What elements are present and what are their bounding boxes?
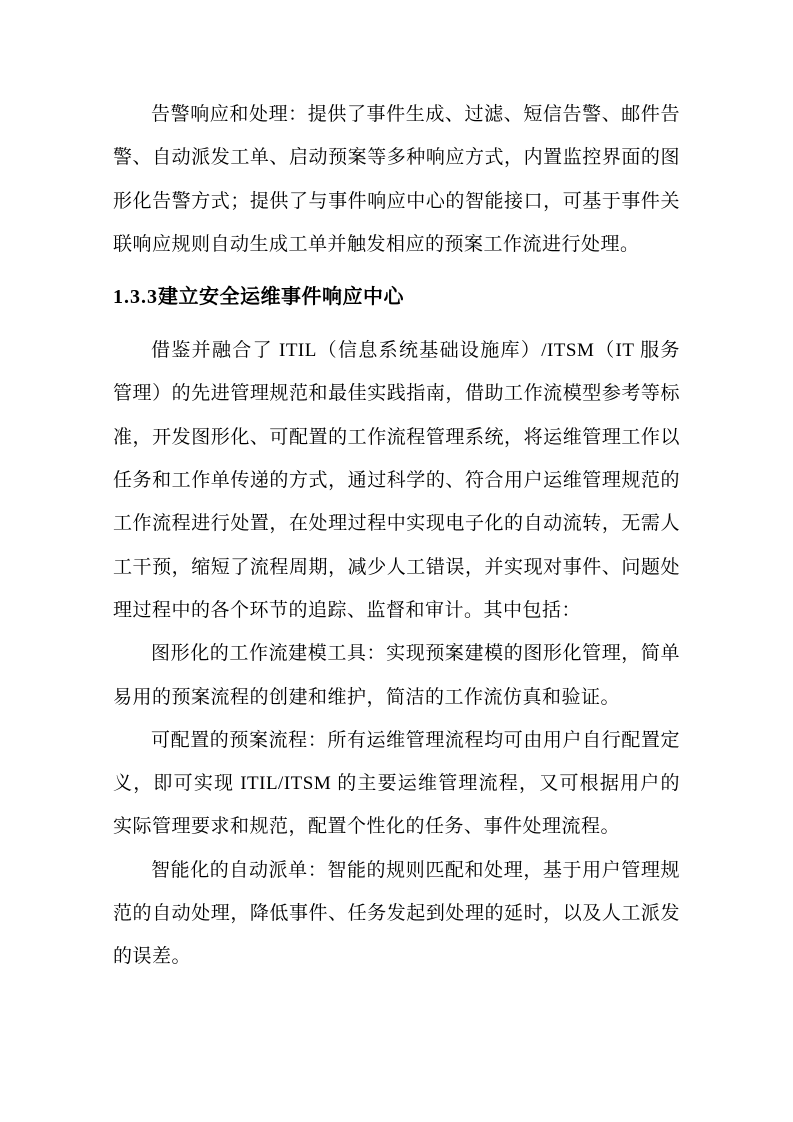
paragraph-graphical-workflow-tool: 图形化的工作流建模工具：实现预案建模的图形化管理，简单易用的预案流程的创建和维护… [113,632,680,719]
section-number: 1.3.3 [113,286,158,308]
paragraph-alarm-response: 告警响应和处理：提供了事件生成、过滤、短信告警、邮件告警、自动派发工单、启动预案… [113,93,680,266]
paragraph-intelligent-auto-dispatch: 智能化的自动派单：智能的规则匹配和处理，基于用户管理规范的自动处理，降低事件、任… [113,849,680,979]
section-title: 建立安全运维事件响应中心 [158,286,404,308]
paragraph-itil-itsm-overview: 借鉴并融合了 ITIL（信息系统基础设施库）/ITSM（IT 服务管理）的先进管… [113,329,680,632]
paragraph-configurable-plan-flow: 可配置的预案流程：所有运维管理流程均可由用户自行配置定义，即可实现 ITIL/I… [113,719,680,849]
document-page: 告警响应和处理：提供了事件生成、过滤、短信告警、邮件告警、自动派发工单、启动预案… [0,0,793,1122]
section-heading-1-3-3: 1.3.3建立安全运维事件响应中心 [113,282,680,312]
